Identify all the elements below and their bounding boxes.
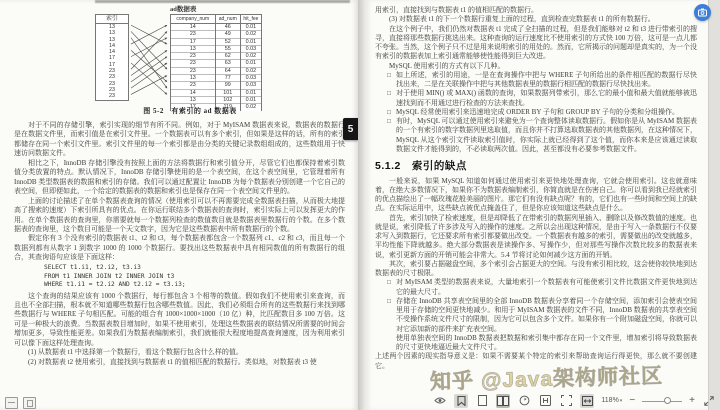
zoom-slider-track xyxy=(642,401,682,402)
bullet-marker: □ xyxy=(375,89,396,108)
table-row: 23620.02 xyxy=(171,53,262,60)
bullet-item: □对于使用 MIN() 或 MAX() 函数的查询，如果数据列带索引，那么它的最… xyxy=(375,89,697,108)
zoom-level-value: 118% xyxy=(601,397,618,404)
book-page-left: ad数据表 索引 131313141417172323232323 compan… xyxy=(0,0,358,410)
data-col-header: ad_num xyxy=(215,15,240,24)
right-page-text: 用索引，直接找到与数据表 t1 的值相匹配的数据行。(3) 对数据表 t1 的下… xyxy=(375,6,697,371)
page-top-edge xyxy=(95,0,350,3)
chapter-tab: 5 xyxy=(343,118,358,140)
table-row: 23990.03 xyxy=(171,82,262,89)
left-page-text: 对于不同的存储引擎，索引实现的细节有所不同。例如，对于 MyISAM 数据表来说… xyxy=(14,121,345,367)
paragraph: 一般来说，如果 MySQL 知道如何通过使用索引来更快地处理查询，它就会使用索引… xyxy=(375,177,697,214)
rotate-icon[interactable] xyxy=(517,394,531,408)
bullet-text: 有时，MySQL 可以通过使用索引来避免为一个查询整体读取数据行。假如你是从 M… xyxy=(396,117,697,154)
page-nav-icons xyxy=(5,397,36,409)
paragraph: 假定你有 3 个没有索引的数据表 t1、t2 和 t3，每个数据表都包含一个数据… xyxy=(14,234,345,262)
data-col-header: company_num xyxy=(171,15,216,24)
paragraph: 对于不同的存储引擎，索引实现的细节有所不同。例如，对于 MyISAM 数据表来说… xyxy=(14,121,345,159)
zoom-out-button[interactable]: − xyxy=(629,396,635,406)
paragraph: 在这个例子中，我们仍然对数据表 t1 完成了全扫描的过程，但是我们能够对 t2 … xyxy=(375,25,697,62)
table-row: 14460.01 xyxy=(171,24,262,31)
zoom-level-dropdown[interactable]: 118% ▾ xyxy=(601,397,622,404)
bullet-text: 对于使用 MIN() 或 MAX() 函数的查询，如果数据列带索引，那么它的最小… xyxy=(396,89,697,108)
fit-width-icon[interactable] xyxy=(580,394,594,408)
index-row: 13 xyxy=(96,24,129,31)
data-table: company_numad_numhit_fee 14460.0123490.0… xyxy=(170,14,262,111)
bullet-item: □有时，MySQL 可以通过使用索引来避免为一个查询整体读取数据行。假如你是从 … xyxy=(375,117,697,154)
table-row: 17520.01 xyxy=(171,38,262,45)
figure-caption: 图 5-2 有索引的 ad 数据表 xyxy=(75,106,305,116)
bullet-item: □MySQL 经常使用索引来迅速地完成 ORDER BY 子句和 GROUP B… xyxy=(375,108,697,117)
viewer-toolbar: 118% ▾ − + xyxy=(431,392,718,409)
reader-right-margin xyxy=(708,0,720,410)
paragraph: 相比之下，InnoDB 存储引擎没有按照上面的方法将数据行和索引值分开，尽管它们… xyxy=(14,159,345,197)
paragraph: 首先，索引加快了检索速度，但是却降低了在带索引的数据列里插入、删除以及修改数值的… xyxy=(375,214,697,260)
section-heading: 5.1.2 索引的缺点 xyxy=(375,158,697,173)
chevron-down-icon: ▾ xyxy=(620,398,623,404)
next-page-icon[interactable] xyxy=(23,397,36,409)
bullet-item: □如上所述，索引的用途，一是在查询操作中把与 WHERE 子句所给出的条件相匹配… xyxy=(375,71,697,90)
paragraph: 这个查询的结果应该有 1000 个数据行，每行都包含 3 个相等的数值。假如我们… xyxy=(14,292,345,349)
table-row: 131020.01 xyxy=(171,96,262,103)
zoom-slider-handle[interactable] xyxy=(664,397,671,404)
floating-share-button[interactable] xyxy=(694,4,711,21)
book-page-right: 用索引，直接找到与数据表 t1 的值相匹配的数据行。(3) 对数据表 t1 的下… xyxy=(366,0,708,410)
bullet-marker: □ xyxy=(375,71,396,90)
table-row: 23630.01 xyxy=(171,60,262,67)
table-row: 23640.02 xyxy=(171,67,262,74)
camera-icon xyxy=(698,8,707,17)
paragraph: (2) 对数据表 t2 使用索引，直接找到与数据表 t1 的值相匹配的数据行。类… xyxy=(14,358,345,367)
paragraph: 上述两个因素的现实指导意义是：如果不需要某个特定的索引来帮助查询运行得更快，那么… xyxy=(375,352,697,371)
bullet-item: □存储在 InnoDB 共享表空间里的全部 InnoDB 数据表分享着同一个存储… xyxy=(375,297,697,334)
table-row: 141010.01 xyxy=(171,89,262,96)
bullet-marker: □ xyxy=(375,108,396,117)
bullet-continuation: 使用单独表空间的 InnoDB 数据表把数据和索引集中都存在同一个文件里，增加索… xyxy=(375,334,697,353)
paragraph: 上面的讨论描述了在单个数据表查询的情况（使用索引可以不再需要完成全数据表扫描，从… xyxy=(14,197,345,235)
zoom-slider[interactable] xyxy=(642,394,682,408)
fullscreen-icon[interactable] xyxy=(702,394,716,408)
index-table: 索引 131313141417172323232323 xyxy=(95,14,129,101)
table-row: 23490.02 xyxy=(171,31,262,38)
paragraph: 其次，索引要占据磁盘空间，多个索引会占据更大的空间。与没有索引相比较，这会使你较… xyxy=(375,260,697,279)
figure-5-2: ad数据表 索引 131313141417172323232323 compan… xyxy=(75,5,325,119)
bullet-item: □对 MyISAM 类型的数据表来说，大量地索引一个数据表有可能使索引文件比数据… xyxy=(375,278,697,297)
table-row: 13550.03 xyxy=(171,45,262,52)
paragraph: 用索引，直接找到与数据表 t1 的值相匹配的数据行。 xyxy=(375,6,697,15)
bullet-marker: □ xyxy=(375,117,396,154)
data-col-header: hit_fee xyxy=(240,15,261,24)
double-page-icon[interactable] xyxy=(496,394,510,408)
bullet-text: 如上所述，索引的用途，一是在查询操作中把与 WHERE 子句所给出的条件相匹配的… xyxy=(396,71,697,90)
paragraph: (3) 对数据表 t1 的下一个数据行重复上面的过程，直到检查完数据表 t1 的… xyxy=(375,15,697,24)
actual-size-icon[interactable] xyxy=(538,394,552,408)
sql-code-block: SELECT t1.i1, t2.i2, t3.i3FROM t1 INNER … xyxy=(44,264,345,290)
fit-page-icon[interactable] xyxy=(559,394,573,408)
reading-mode-icon[interactable] xyxy=(454,394,468,408)
bullet-marker: □ xyxy=(375,297,396,334)
bullet-marker: □ xyxy=(375,278,396,297)
paragraph: MySQL 使用索引的方式有以下几种。 xyxy=(375,62,697,71)
bullet-text: 对 MyISAM 类型的数据表来说，大量地索引一个数据表有可能使索引文件比数据文… xyxy=(396,278,697,297)
index-table-header: 索引 xyxy=(96,15,129,24)
index-row: 23 xyxy=(96,93,129,100)
prev-page-icon[interactable] xyxy=(5,397,18,409)
bullet-text: 存储在 InnoDB 共享表空间里的全部 InnoDB 数据表分享着同一个存储空… xyxy=(396,297,697,334)
eye-icon[interactable] xyxy=(433,394,447,408)
single-page-icon[interactable] xyxy=(475,394,489,408)
zoom-in-button[interactable]: + xyxy=(689,396,695,406)
reader-stage: ad数据表 索引 131313141417172323232323 compan… xyxy=(0,0,720,410)
paragraph: (1) 从数据表 t1 中选择第一个数据行，看这个数据行包含什么样的值。 xyxy=(14,348,345,357)
bullet-text: MySQL 经常使用索引来迅速地完成 ORDER BY 子句和 GROUP BY… xyxy=(396,108,697,117)
table-row: 13770.03 xyxy=(171,75,262,82)
page-gutter xyxy=(358,0,366,410)
figure-table-title: ad数据表 xyxy=(170,4,196,13)
